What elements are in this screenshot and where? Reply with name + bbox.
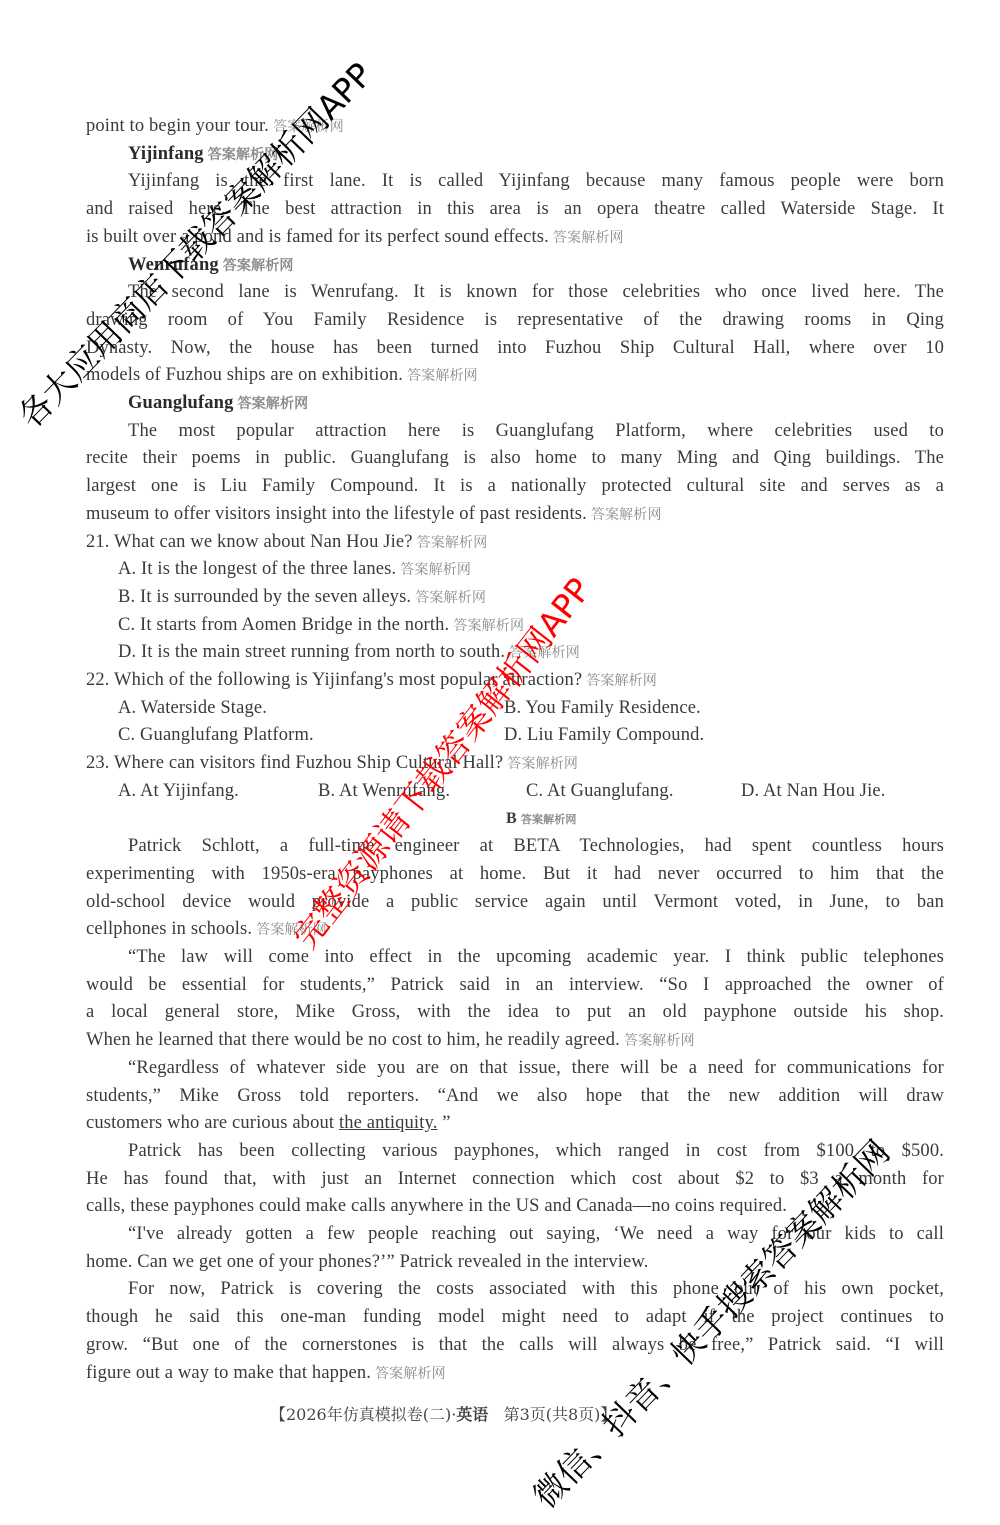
paragraph-line: old-school device would provide a public… (86, 888, 944, 916)
paragraph-line: grow. “But one of the cornerstones is th… (86, 1331, 944, 1359)
footer-page-number: 第3页(共8页)】 (504, 1405, 617, 1424)
paragraph-line: recite their poems in public. Guanglufan… (86, 444, 944, 472)
source-tag: 答案解析网 (375, 1366, 446, 1382)
source-tag: 答案解析网 (509, 645, 580, 661)
paragraph-line: The most popular attraction here is Guan… (128, 417, 944, 445)
paragraph-line: museum to offer visitors insight into th… (86, 500, 662, 529)
paragraph-line: Patrick Schlott, a full-time engineer at… (128, 832, 944, 860)
paragraph-line: would be essential for students,” Patric… (86, 971, 944, 999)
answer-option: B. At Wenrufang. (318, 777, 450, 805)
paragraph-line: home. Can we get one of your phones?’” P… (86, 1248, 649, 1276)
paragraph-line: Dynasty. Now, the house has been turned … (86, 334, 944, 362)
source-tag: 答案解析网 (591, 507, 662, 523)
paragraph-line: For now, Patrick is covering the costs a… (128, 1275, 944, 1303)
paragraph-line: models of Fuzhou ships are on exhibition… (86, 361, 478, 390)
paragraph-line: students,” Mike Gross told reporters. “A… (86, 1082, 944, 1110)
source-tag: 答案解析网 (521, 813, 577, 826)
footer-subject: 英语 (456, 1405, 488, 1424)
answer-option: D. It is the main street running from no… (118, 638, 580, 667)
paragraph-line: experimenting with 1950s-era payphones a… (86, 860, 944, 888)
answer-option: A. It is the longest of the three lanes.… (118, 555, 471, 584)
paragraph-line: drawing room of You Family Residence is … (86, 306, 944, 334)
paragraph-line: “The law will come into effect in the up… (128, 943, 944, 971)
section-heading: Wenrufang答案解析网 (128, 251, 294, 280)
answer-option: C. It starts from Aomen Bridge in the no… (118, 611, 524, 640)
answer-option: D. Liu Family Compound. (504, 721, 704, 749)
source-tag: 答案解析网 (223, 258, 294, 274)
paragraph-line: “Regardless of whatever side you are on … (128, 1054, 944, 1082)
source-tag: 答案解析网 (407, 368, 478, 384)
underlined-phrase: the antiquity. (339, 1113, 438, 1133)
section-heading: Yijinfang答案解析网 (128, 140, 278, 169)
source-tag: 答案解析网 (624, 1033, 695, 1049)
paragraph-line: Yijinfang is the first lane. It is calle… (128, 167, 944, 195)
answer-option: A. At Yijinfang. (118, 777, 239, 805)
answer-option: C. Guanglufang Platform. (118, 721, 314, 749)
source-tag: 答案解析网 (273, 119, 344, 135)
paragraph-line: though he said this one-man funding mode… (86, 1303, 944, 1331)
paragraph-line: cellphones in schools.答案解析网 (86, 915, 327, 944)
source-tag: 答案解析网 (415, 590, 486, 606)
source-tag: 答案解析网 (238, 396, 309, 412)
answer-option: D. At Nan Hou Jie. (741, 777, 886, 805)
paragraph-line: “I've already gotten a few people reachi… (128, 1220, 944, 1248)
section-heading: Guanglufang答案解析网 (128, 389, 308, 418)
paragraph-line: He has found that, with just an Internet… (86, 1165, 944, 1193)
section-label-b: B答案解析网 (506, 805, 577, 834)
source-tag: 答案解析网 (586, 673, 657, 689)
question-stem: 22. Which of the following is Yijinfang'… (86, 666, 657, 695)
paragraph-line: figure out a way to make that happen.答案解… (86, 1359, 446, 1388)
paragraph-line: The second lane is Wenrufang. It is know… (128, 278, 944, 306)
paragraph-line: customers who are curious about the anti… (86, 1109, 451, 1137)
paragraph-line: largest one is Liu Family Compound. It i… (86, 472, 944, 500)
paragraph-line: calls, these payphones could make calls … (86, 1192, 787, 1220)
source-tag: 答案解析网 (256, 922, 327, 938)
paragraph-line: When he learned that there would be no c… (86, 1026, 695, 1055)
paragraph-line: is built over a pond and is famed for it… (86, 223, 624, 252)
footer-exam-title: 【2026年仿真模拟卷(二)· (270, 1405, 456, 1424)
source-tag: 答案解析网 (507, 756, 578, 772)
answer-option: B. It is surrounded by the seven alleys.… (118, 583, 486, 612)
question-stem: 23. Where can visitors find Fuzhou Ship … (86, 749, 578, 778)
source-tag: 答案解析网 (417, 535, 488, 551)
page-footer: 【2026年仿真模拟卷(二)·英语 第3页(共8页)】 (270, 1402, 616, 1425)
paragraph-line: point to begin your tour.答案解析网 (86, 112, 344, 141)
answer-option: A. Waterside Stage. (118, 694, 267, 722)
source-tag: 答案解析网 (453, 618, 524, 634)
paragraph-line: Patrick has been collecting various payp… (128, 1137, 944, 1165)
question-stem: 21. What can we know about Nan Hou Jie?答… (86, 528, 487, 557)
paragraph-line: a local general store, Mike Gross, with … (86, 998, 944, 1026)
source-tag: 答案解析网 (553, 230, 624, 246)
paragraph-line: and raised here. The best attraction in … (86, 195, 944, 223)
answer-option: B. You Family Residence. (504, 694, 701, 722)
source-tag: 答案解析网 (400, 562, 471, 578)
source-tag: 答案解析网 (208, 147, 279, 163)
answer-option: C. At Guanglufang. (526, 777, 674, 805)
